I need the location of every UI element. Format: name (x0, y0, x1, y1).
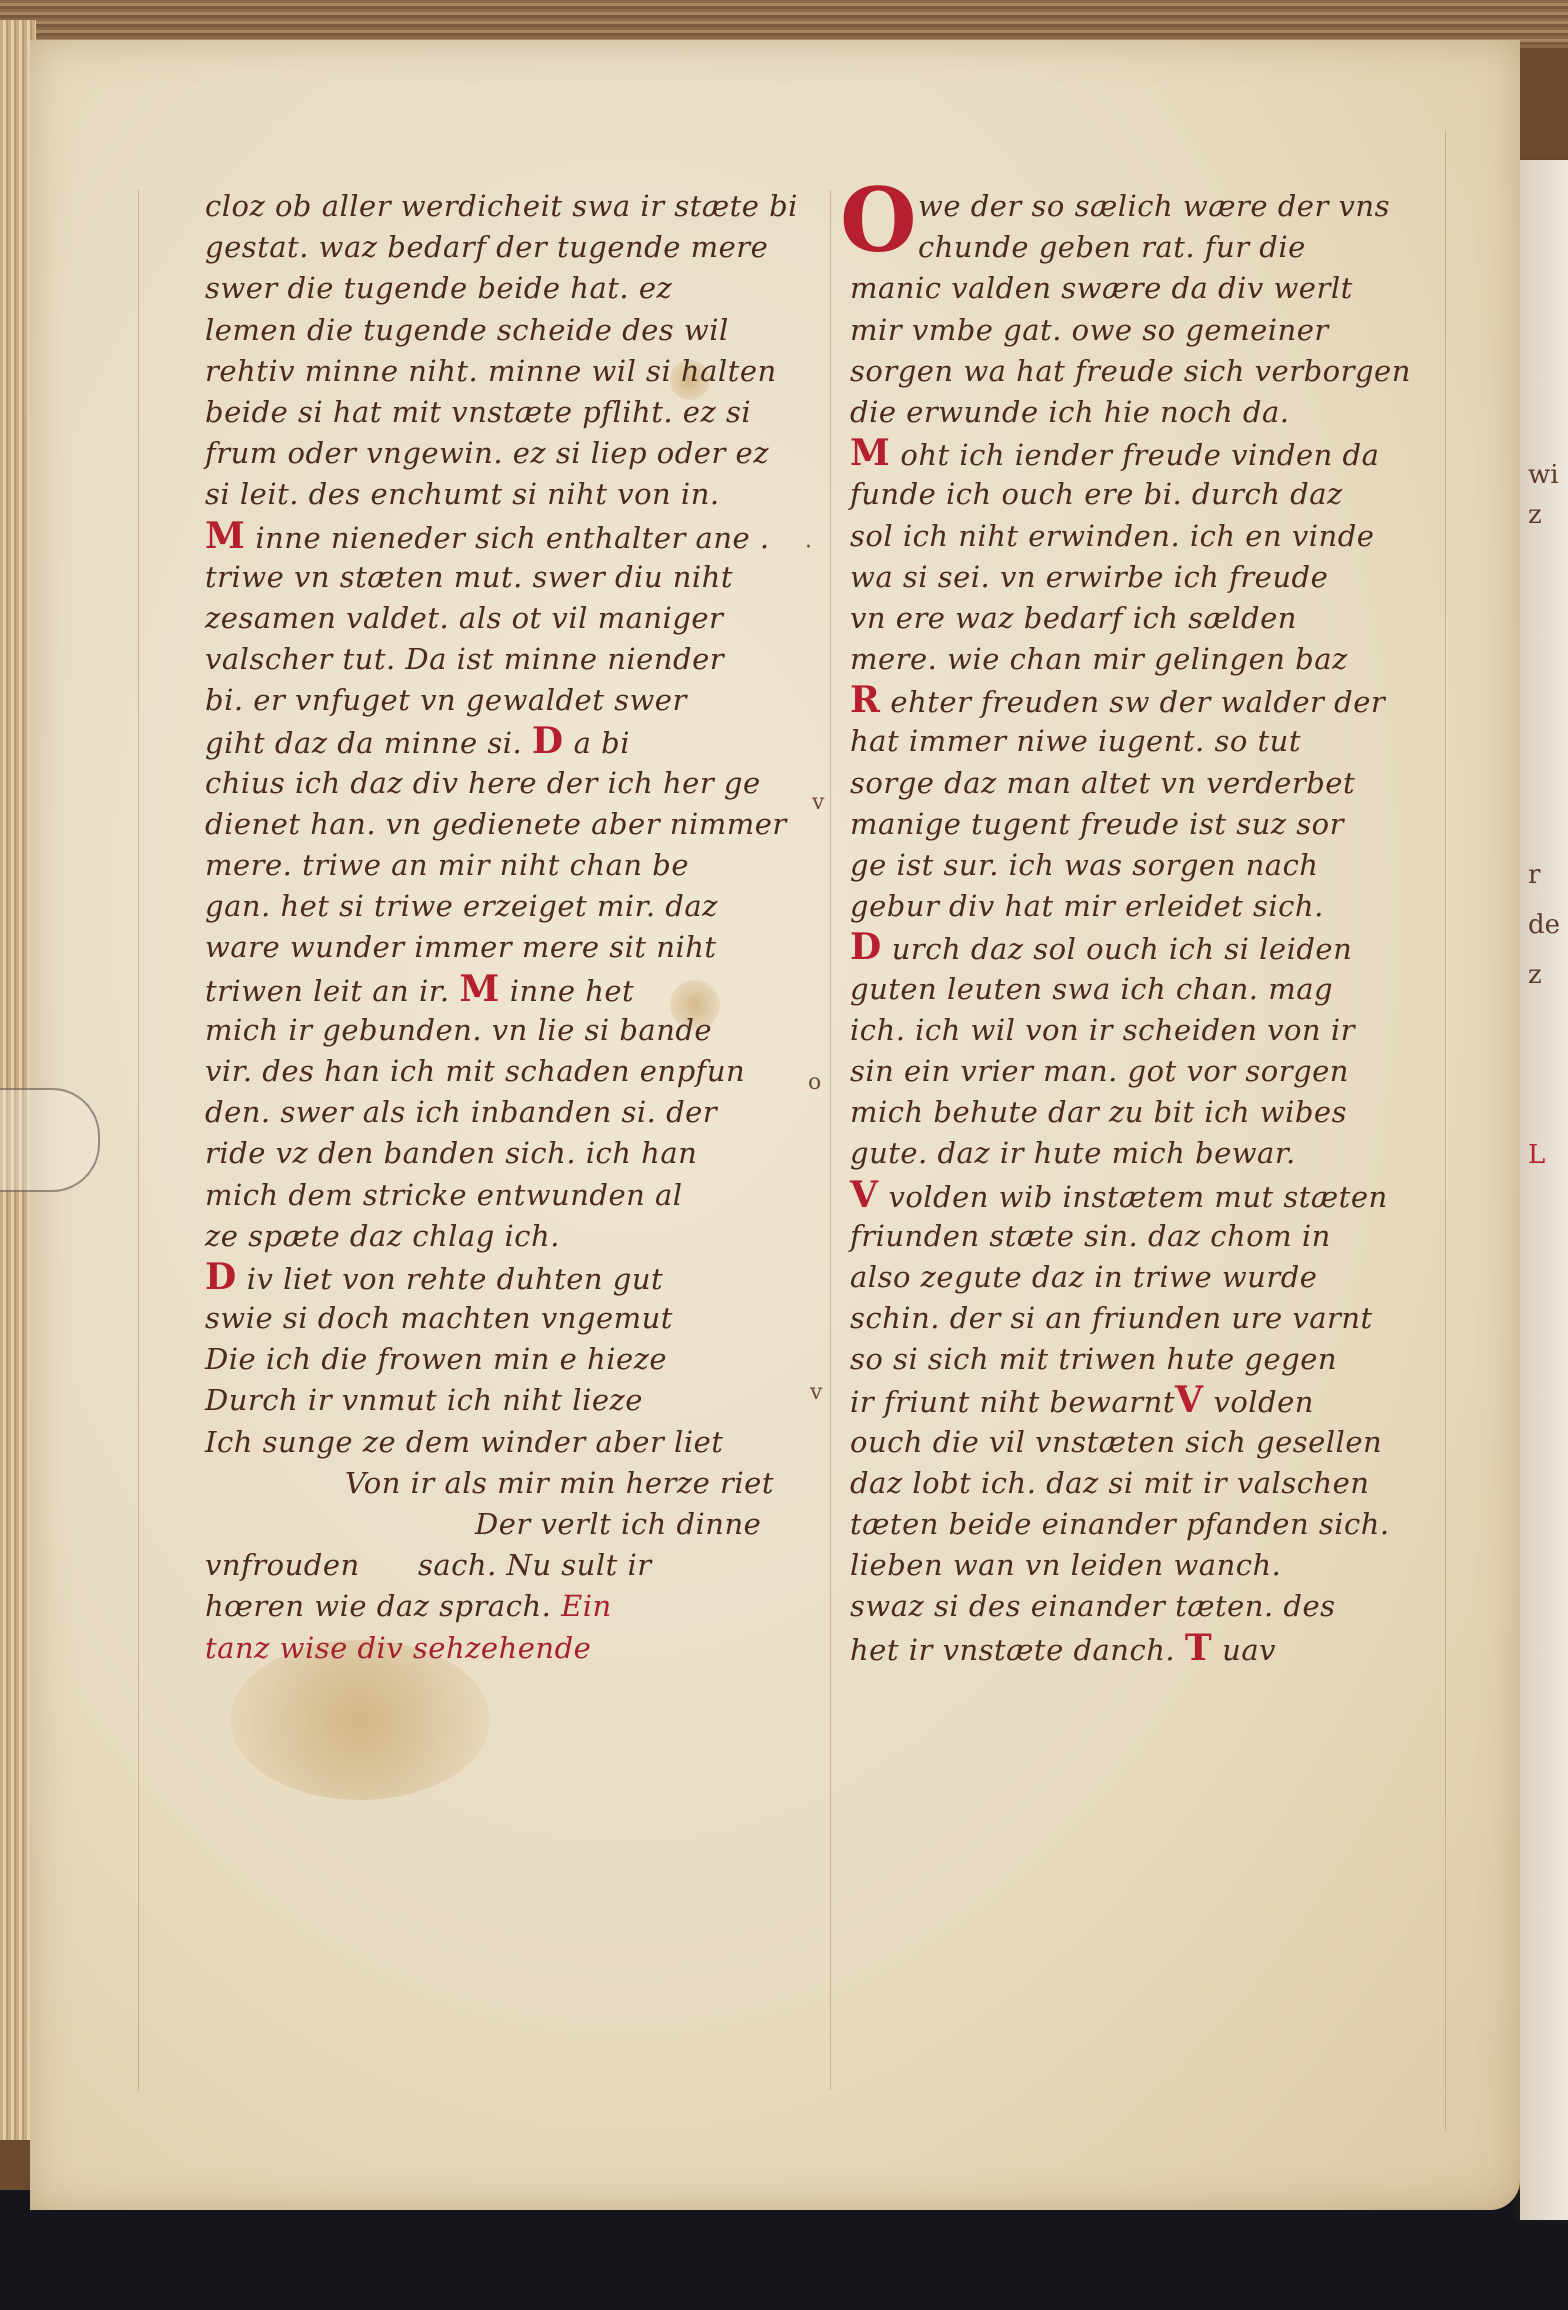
leaf-fragment: wi (1528, 460, 1559, 490)
line-text: giht daz da minne si. (205, 726, 522, 760)
text-line: daz lobt ich. daz si mit ir valschen (850, 1463, 1430, 1504)
line-text: ehter freuden sw der walder der (890, 685, 1385, 719)
margin-mark: v (810, 1380, 822, 1405)
text-line: mere. wie chan mir gelingen baz (850, 639, 1430, 680)
text-line: Die ich die frowen min e hieze (205, 1339, 845, 1380)
line-text: ir friunt niht bewarnt (850, 1385, 1175, 1419)
text-line: sin ein vrier man. got vor sorgen (850, 1051, 1430, 1092)
leaf-fragment: L (1528, 1140, 1545, 1170)
line-text: oht ich iender freude vinden da (900, 438, 1379, 472)
text-line: Ich sunge ze dem winder aber liet (205, 1422, 845, 1463)
text-line: het ir vnstæte danch. Tuav (850, 1628, 1430, 1669)
text-line: tæten beide einander pfanden sich. (850, 1504, 1430, 1545)
red-initial: M (205, 516, 245, 557)
margin-mark: o (808, 1070, 821, 1095)
text-line: Der verlt ich dinne (205, 1504, 845, 1545)
text-line: gestat. waz bedarf der tugende mere (205, 227, 845, 268)
rubric-heading: tanz wise div sehzehende (205, 1628, 845, 1669)
text-line: vn ere waz bedarf ich sælden (850, 598, 1430, 639)
red-initial: D (532, 721, 564, 762)
text-line: manige tugent freude ist suz sor (850, 804, 1430, 845)
text-line: triwen leit an ir. Minne het (205, 969, 845, 1010)
text-line: giht daz da minne si. Da bi (205, 721, 845, 762)
line-text: urch daz sol ouch ich si leiden (892, 932, 1353, 966)
text-line: Durch ir vnmut ich niht lieze (205, 1380, 845, 1421)
text-line: rehtiv minne niht. minne wil si halten (205, 351, 845, 392)
text-line: Vvolden wib instætem mut stæten (850, 1175, 1430, 1216)
text-line: die erwunde ich hie noch da. (850, 392, 1430, 433)
text-line: Div liet von rehte duhten gut (205, 1257, 845, 1298)
red-initial: D (850, 927, 882, 968)
left-column: cloz ob aller werdicheit swa ir stæte bi… (205, 186, 845, 1669)
text-line: vir. des han ich mit schaden enpfun (205, 1051, 845, 1092)
rubric-text: Ein (561, 1589, 612, 1623)
text-line: schin. der si an friunden ure varnt (850, 1298, 1430, 1339)
text-line: manic valden swære da div werlt (850, 268, 1430, 309)
text-line: wa si sei. vn erwirbe ich freude (850, 557, 1430, 598)
text-line: friunden stæte sin. daz chom in (850, 1216, 1430, 1257)
text-line: Von ir als mir min herze riet (205, 1463, 845, 1504)
leaf-fragment: r (1528, 860, 1540, 890)
text-line: swie si doch machten vngemut (205, 1298, 845, 1339)
text-line: beide si hat mit vnstæte pfliht. ez si (205, 392, 845, 433)
text-line: funde ich ouch ere bi. durch daz (850, 474, 1430, 515)
text-line: ze spæte daz chlag ich. (205, 1216, 845, 1257)
red-initial: M (850, 433, 890, 474)
red-initial: V (1175, 1380, 1203, 1421)
next-leaf-edge: wi z r de z L (1520, 160, 1568, 2220)
leaf-fragment: z (1528, 960, 1542, 990)
text-line: Owe der so sælich wære der vns (850, 186, 1430, 227)
margin-mark: v (812, 790, 824, 815)
leaf-fragment: de (1528, 910, 1560, 940)
text-line: si leit. des enchumt si niht von in. (205, 474, 845, 515)
text-line: swer die tugende beide hat. ez (205, 268, 845, 309)
text-line: dienet han. vn gedienete aber nimmer (205, 804, 845, 845)
text-line: Durch daz sol ouch ich si leiden (850, 927, 1430, 968)
text-line: mir vmbe gat. owe so gemeiner (850, 310, 1430, 351)
text-line: den. swer als ich inbanden si. der (205, 1092, 845, 1133)
text-line: so si sich mit triwen hute gegen (850, 1339, 1430, 1380)
text-line: lemen die tugende scheide des wil (205, 310, 845, 351)
text-line: Rehter freuden sw der walder der (850, 680, 1430, 721)
line-text: volden (1213, 1385, 1314, 1419)
text-line: ware wunder immer mere sit niht (205, 927, 845, 968)
line-text: volden wib instætem mut stæten (888, 1180, 1387, 1214)
text-line: gebur div hat mir erleidet sich. (850, 886, 1430, 927)
text-line: Minne nieneder sich enthalter ane . (205, 516, 845, 557)
red-initial: V (850, 1175, 878, 1216)
text-line: cloz ob aller werdicheit swa ir stæte bi (205, 186, 845, 227)
text-line: mich behute dar zu bit ich wibes (850, 1092, 1430, 1133)
red-initial: R (850, 680, 880, 721)
text-line: also zegute daz in triwe wurde (850, 1257, 1430, 1298)
text-line: valscher tut. Da ist minne niender (205, 639, 845, 680)
text-line: sorge daz man altet vn verderbet (850, 763, 1430, 804)
text-line: ride vz den banden sich. ich han (205, 1133, 845, 1174)
red-initial-large: O (840, 180, 917, 260)
text-line: frum oder vngewin. ez si liep oder ez (205, 433, 845, 474)
text-line: mich ir gebunden. vn lie si bande (205, 1010, 845, 1051)
text-line: swaz si des einander tæten. des (850, 1586, 1430, 1627)
red-initial: T (1185, 1628, 1212, 1669)
line-text: a bi (574, 726, 630, 760)
text-line: chunde geben rat. fur die (850, 227, 1430, 268)
text-line: chius ich daz div here der ich her ge (205, 763, 845, 804)
text-line: lieben wan vn leiden wanch. (850, 1545, 1430, 1586)
text-line: bi. er vnfuget vn gewaldet swer (205, 680, 845, 721)
text-line: hat immer niwe iugent. so tut (850, 721, 1430, 762)
text-line: guten leuten swa ich chan. mag (850, 969, 1430, 1010)
line-text: iv liet von rehte duhten gut (247, 1262, 663, 1296)
text-line: mere. triwe an mir niht chan be (205, 845, 845, 886)
text-line: vnfrouden sach. Nu sult ir (205, 1545, 845, 1586)
text-line: gan. het si triwe erzeiget mir. daz (205, 886, 845, 927)
text-line: ich. ich wil von ir scheiden von ir (850, 1010, 1430, 1051)
right-column: Owe der so sælich wære der vns chunde ge… (850, 186, 1430, 1669)
text-line: sorgen wa hat freude sich verborgen (850, 351, 1430, 392)
text-line: triwe vn stæten mut. swer diu niht (205, 557, 845, 598)
text-line: zesamen valdet. als ot vil maniger (205, 598, 845, 639)
text-line: sol ich niht erwinden. ich en vinde (850, 516, 1430, 557)
text-line: hœren wie daz sprach. Ein (205, 1586, 845, 1627)
red-initial: M (459, 969, 499, 1010)
text-line: Moht ich iender freude vinden da (850, 433, 1430, 474)
ruling-line (1445, 130, 1446, 2130)
line-text: inne nieneder sich enthalter ane . (255, 521, 769, 555)
text-line: ouch die vil vnstæten sich gesellen (850, 1422, 1430, 1463)
line-text: hœren wie daz sprach. (205, 1589, 551, 1623)
page-clip (0, 1088, 100, 1192)
red-initial: D (205, 1257, 237, 1298)
text-line: ge ist sur. ich was sorgen nach (850, 845, 1430, 886)
text-line: ir friunt niht bewarntVvolden (850, 1380, 1430, 1421)
line-text: het ir vnstæte danch. (850, 1633, 1175, 1667)
ruling-line (138, 190, 139, 2090)
line-text: we der so sælich wære der vns (918, 189, 1390, 223)
line-text: uav (1222, 1633, 1276, 1667)
margin-mark: · (805, 535, 812, 560)
text-line: mich dem stricke entwunden al (205, 1175, 845, 1216)
leaf-fragment: z (1528, 500, 1542, 530)
text-line: gute. daz ir hute mich bewar. (850, 1133, 1430, 1174)
line-text: triwen leit an ir. (205, 974, 450, 1008)
line-text: inne het (510, 974, 635, 1008)
